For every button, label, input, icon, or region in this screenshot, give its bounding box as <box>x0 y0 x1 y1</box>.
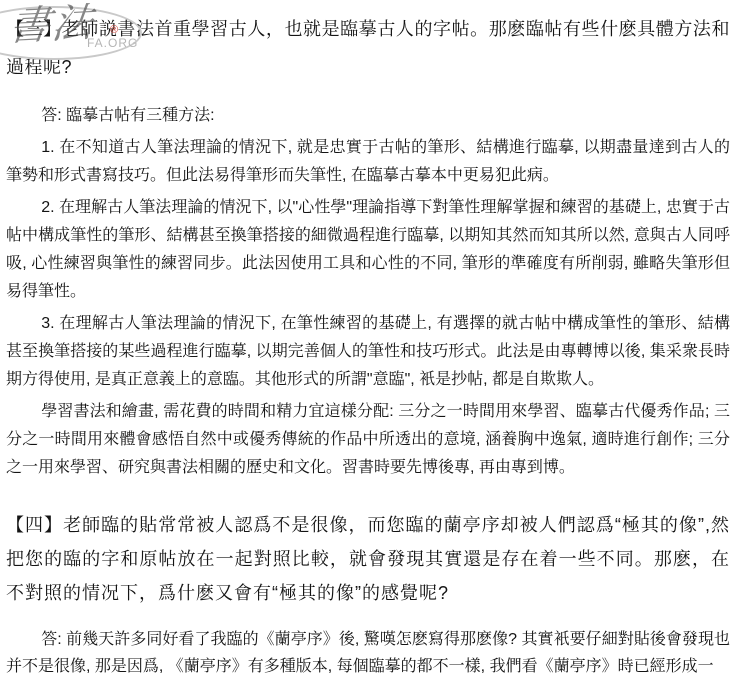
paragraph-answer3-method-2: 2. 在理解古人筆法理論的情況下, 以"心性學"理論指導下對筆性理解掌握和練習的… <box>6 194 730 306</box>
paragraph-question-3: 【三】老師説書法首重學習古人，也就是臨摹古人的字帖。那麽臨帖有些什麽具體方法和過… <box>6 10 730 86</box>
paragraph-answer3-method-1: 1. 在不知道古人筆法理論的情況下, 就是忠實于古帖的筆形、結構進行臨摹, 以期… <box>6 134 730 190</box>
paragraph-answer3-method-3: 3. 在理解古人筆法理論的情況下, 在筆性練習的基礎上, 有選擇的就古帖中構成筆… <box>6 310 730 394</box>
paragraph-answer3-intro: 答: 臨摹古帖有三種方法: <box>6 102 730 130</box>
document-body: 【三】老師説書法首重學習古人，也就是臨摹古人的字帖。那麽臨帖有些什麽具體方法和過… <box>0 0 742 680</box>
paragraph-answer4: 答: 前幾天許多同好看了我臨的《蘭亭序》後, 驚嘆怎麽寫得那麽像? 其實衹要仔細… <box>6 626 730 680</box>
paragraph-answer3-time-allocation: 學習書法和繪畫, 需花費的時間和精力宜這樣分配: 三分之一時間用來學習、臨摹古代… <box>6 398 730 482</box>
document-page: { "page": { "background_color": "#ffffff… <box>0 0 742 685</box>
paragraph-question-4: 【四】老師臨的貼常常被人認爲不是很像，而您臨的蘭亭序却被人們認爲“極其的像”,然… <box>6 508 730 610</box>
